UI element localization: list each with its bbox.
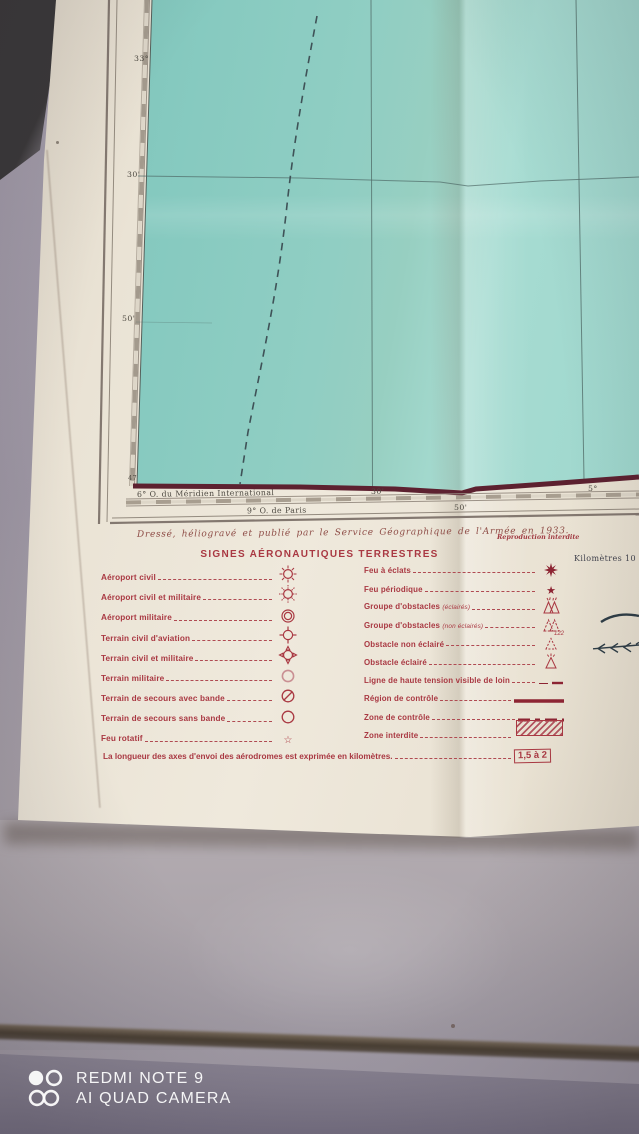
longitude-label: 30': [371, 487, 384, 496]
dotted-leader: [195, 660, 272, 661]
camera-watermark: REDMI NOTE 9 AI QUAD CAMERA: [27, 1069, 232, 1109]
legend-label: Terrain civil et militaire: [101, 655, 193, 666]
map-photo: 33° 30' 50' 47 6° O. du Méridien Interna…: [0, 0, 639, 1134]
legend-item: Feu rotatif ☆: [101, 727, 301, 747]
legend-footnote: La longueur des axes d'envoi des aérodro…: [103, 749, 551, 763]
legend-item: Terrain de secours avec bande: [101, 686, 301, 706]
hatched-rectangle-symbol: [514, 720, 564, 743]
legend-item: Aéroport civil: [101, 565, 301, 585]
legend-left-column: Aéroport civil Aéroport civil et militai…: [101, 565, 301, 747]
legend-label-note: (non éclairés): [442, 623, 483, 630]
legend-label: Feu à éclats: [364, 567, 411, 578]
legend-label: Zone interdite: [364, 732, 418, 743]
dotted-leader: [432, 719, 515, 720]
legend-item: Groupe d'obstacles (éclairés): [364, 597, 564, 615]
airport-civil-military-symbol: [275, 584, 301, 605]
legend-item: Terrain de secours sans bande: [101, 706, 301, 726]
dotted-leader: [192, 640, 272, 641]
feu-rotatif-star-symbol: ☆: [275, 736, 301, 747]
footnote-text: La longueur des axes d'envoi des aérodro…: [103, 753, 393, 763]
legend-label: Aéroport militaire: [101, 614, 172, 625]
legend-label: Zone de contrôle: [364, 714, 430, 725]
dotted-leader: [446, 645, 535, 646]
legend-label: Groupe d'obstacles (éclairés): [364, 603, 470, 614]
latitude-label: 50': [122, 314, 135, 323]
legend-label: Terrain de secours sans bande: [101, 715, 225, 726]
latitude-label: 33°: [134, 54, 149, 63]
dotted-leader: [512, 682, 535, 683]
legend-item: Feu à éclats: [364, 560, 564, 578]
legend-label: Terrain civil d'aviation: [101, 635, 190, 646]
legend-item: Région de contrôle: [364, 688, 564, 706]
dotted-leader: [440, 700, 511, 701]
legend-label: Région de contrôle: [364, 695, 438, 706]
dotted-leader: [174, 620, 272, 621]
dotted-leader: [203, 599, 272, 600]
obstacle-height-value: 122: [554, 631, 564, 637]
legend-label: Terrain de secours avec bande: [101, 695, 225, 706]
legend-item: Groupe d'obstacles (non éclairés): [364, 615, 564, 633]
redmi-quad-camera-logo-icon: [27, 1069, 63, 1109]
longitude-label: 5°: [588, 484, 598, 493]
legend-label: Terrain militaire: [101, 675, 164, 686]
obstacle-group-lit-symbol: [538, 597, 564, 615]
airport-civil-symbol: [275, 564, 301, 585]
legend-item: Terrain militaire: [101, 666, 301, 686]
dust-speck: [56, 141, 59, 144]
dotted-leader: [227, 700, 272, 701]
legend-label: Ligne de haute tension visible de loin: [364, 677, 510, 688]
legend-label: Groupe d'obstacles (non éclairés): [364, 622, 483, 633]
legend-title-text: SIGNES AÉRONAUTIQUES TERRESTRES: [200, 549, 438, 560]
hatched-rectangle: [516, 720, 563, 736]
watermark-text: REDMI NOTE 9 AI QUAD CAMERA: [76, 1069, 232, 1109]
dotted-leader: [145, 741, 272, 742]
dotted-leader: [166, 680, 272, 681]
legend-label-text: Groupe d'obstacles: [364, 621, 440, 630]
latitude-label: 47: [128, 474, 137, 482]
legend-label: Feu périodique: [364, 586, 423, 597]
filled-star-symbol: ★: [538, 585, 564, 597]
terrain-military-symbol: [275, 667, 301, 686]
camera-flash-glow: [180, 860, 520, 1040]
dotted-leader: [158, 579, 272, 580]
legend-label-note: (éclairés): [442, 604, 470, 611]
legend-item: Terrain civil et militaire: [101, 646, 301, 666]
legend-label: Aéroport civil: [101, 574, 156, 585]
dotted-leader: [429, 664, 535, 665]
footnote-value-box: 1,5 à 2: [514, 749, 551, 764]
obstacle-lit-symbol: [538, 653, 564, 670]
longitude-label: 50': [454, 503, 467, 512]
dotted-leader: [413, 572, 535, 573]
legend-item: Feu périodique ★: [364, 578, 564, 596]
legend-item: Aéroport civil et militaire: [101, 585, 301, 605]
reproduction-notice: Reproduction interdite: [497, 533, 579, 541]
secours-avec-bande-symbol: [275, 687, 301, 706]
dotted-leader: [227, 721, 272, 722]
legend-right-column: Feu à éclats Feu périodique ★ Groupe d'o…: [364, 560, 564, 743]
thick-line-symbol: [514, 697, 564, 706]
burst-star-symbol: [538, 563, 564, 578]
legend-label: Obstacle non éclairé: [364, 641, 444, 652]
longitude-label: 9° O. de Paris: [247, 506, 307, 516]
power-line-symbol: [538, 679, 564, 688]
obstacle-unlit-symbol: 122: [538, 637, 564, 651]
legend-item: Zone interdite: [364, 725, 564, 743]
airport-military-symbol: [275, 607, 301, 626]
legend-label: Aéroport civil et militaire: [101, 594, 201, 605]
dotted-leader: [425, 591, 535, 592]
longitude-label: 6° O. du Méridien International: [137, 488, 274, 499]
legend-item: Obstacle non éclairé 122: [364, 633, 564, 651]
secours-sans-bande-symbol: [275, 708, 301, 727]
dust-speck: [451, 1024, 455, 1028]
terrain-civil-aviation-symbol: [275, 625, 301, 646]
watermark-line2: AI QUAD CAMERA: [76, 1089, 232, 1109]
dotted-leader: [472, 609, 535, 610]
legend-item: Obstacle éclairé: [364, 651, 564, 669]
legend-item: Terrain civil d'aviation: [101, 626, 301, 646]
terrain-civil-military-symbol: [275, 645, 301, 666]
legend-label: Obstacle éclairé: [364, 659, 427, 670]
watermark-line1: REDMI NOTE 9: [76, 1069, 232, 1089]
dotted-leader: [485, 627, 535, 628]
legend-item: Aéroport militaire: [101, 605, 301, 625]
legend-label-text: Groupe d'obstacles: [364, 602, 440, 611]
dotted-leader: [395, 758, 511, 759]
legend-item: Ligne de haute tension visible de loin: [364, 670, 564, 688]
legend-label: Feu rotatif: [101, 735, 143, 746]
dotted-leader: [420, 737, 511, 738]
latitude-label: 30': [127, 170, 140, 179]
